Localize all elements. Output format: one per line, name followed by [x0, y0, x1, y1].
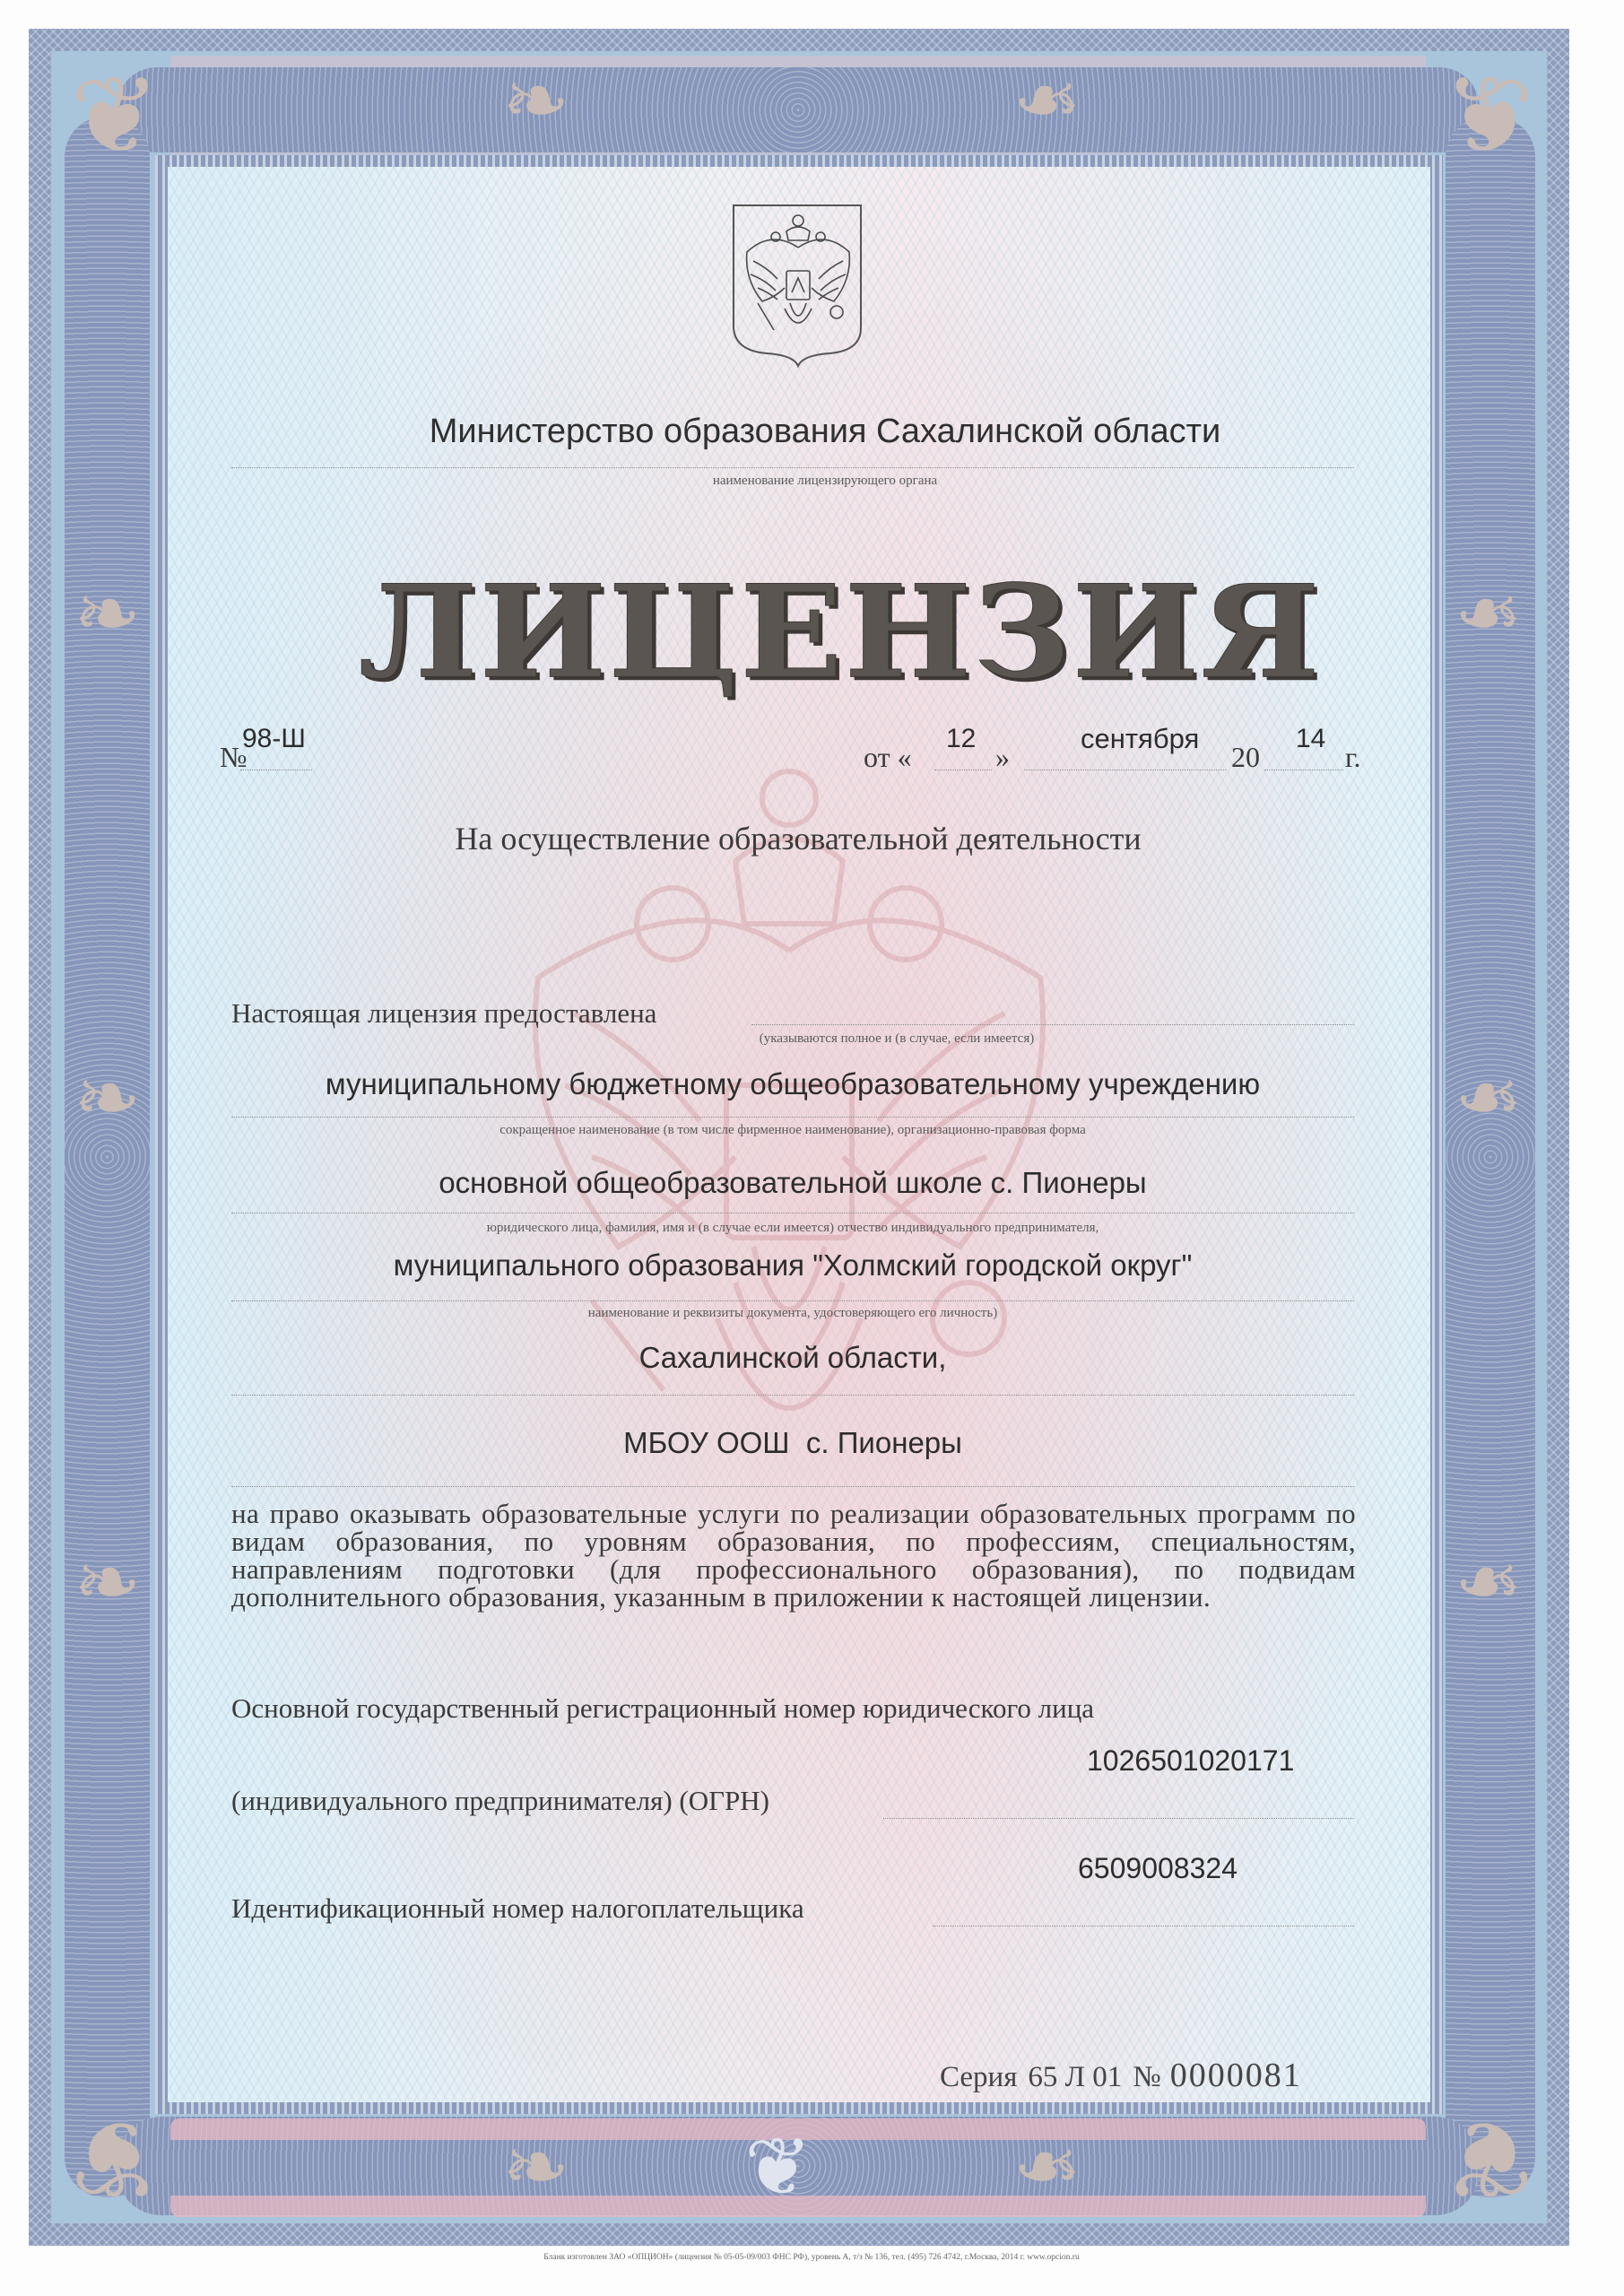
form-series: Серия 65 Л 01 № 0000081	[940, 2056, 1302, 2095]
authority-underline	[231, 467, 1354, 468]
authority-caption: наименование лицензирующего органа	[341, 474, 1309, 489]
inn-label: Идентификационный номер налогоплательщик…	[231, 1892, 804, 1925]
licensee-underline-1	[231, 1117, 1354, 1118]
rights-text: на право оказывать образовательные услуг…	[231, 1500, 1356, 1611]
day-underline	[934, 770, 992, 770]
licensee-line-1: муниципальному бюджетному общеобразовате…	[231, 1067, 1354, 1101]
coat-of-arms-icon	[731, 203, 865, 368]
license-purpose: На осуществление образовательной деятель…	[224, 820, 1372, 857]
ogrn-label-line-1: Основной государственный регистрационный…	[231, 1692, 1094, 1725]
date-day: 12	[946, 724, 976, 754]
scroll-ornament-icon: ❧	[1455, 1058, 1522, 1139]
licensee-underline-4	[231, 1395, 1354, 1396]
scroll-ornament-icon: ❧	[1455, 1543, 1522, 1623]
date-year: 14	[1296, 724, 1325, 754]
date-year-suffix: г.	[1345, 741, 1361, 774]
scroll-ornament-icon: ❧	[74, 1543, 141, 1623]
licensee-underline-5	[231, 1486, 1354, 1487]
licensee-underline-3	[231, 1300, 1354, 1301]
month-underline	[1024, 770, 1226, 770]
intro-underline	[751, 1024, 1354, 1025]
licensee-underline-2	[231, 1213, 1354, 1213]
frame-strip-right	[1446, 117, 1535, 2197]
date-century: 20	[1231, 741, 1260, 774]
scroll-ornament-icon: ❦	[1444, 63, 1534, 170]
scroll-ornament-icon: ❧	[1013, 2127, 1081, 2208]
scroll-ornament-icon: ❧	[1455, 574, 1522, 655]
licensee-line-4: Сахалинской области,	[231, 1341, 1354, 1375]
scroll-ornament-icon: ❦	[70, 63, 161, 170]
scroll-ornament-icon: ❦	[70, 2103, 161, 2211]
number-underline	[240, 770, 312, 770]
ogrn-underline	[883, 1818, 1354, 1819]
frame-strip-top	[117, 67, 1480, 152]
licensee-short-name: МБОУ ООШ с. Пионеры	[231, 1426, 1354, 1460]
scroll-ornament-icon: ❦	[744, 2127, 812, 2208]
series-code: 65 Л 01	[1028, 2061, 1122, 2093]
licensee-caption-2: сокращенное наименование (в том числе фи…	[231, 1123, 1354, 1138]
scroll-ornament-icon: ❧	[1013, 61, 1081, 142]
scroll-ornament-icon: ❧	[502, 2127, 569, 2208]
scroll-ornament-icon: ❦	[1444, 2103, 1534, 2211]
ogrn-value: 1026501020171	[1087, 1744, 1294, 1778]
license-number: 98-Ш	[242, 724, 306, 754]
licensee-line-2: основной общеобразовательной школе с. Пи…	[231, 1166, 1354, 1200]
licensee-caption-1: (указываются полное и (в случае, если им…	[726, 1031, 1067, 1047]
scroll-ornament-icon: ❧	[502, 61, 569, 142]
licensing-authority: Министерство образования Сахалинской обл…	[341, 413, 1309, 451]
licensee-intro: Настоящая лицензия предоставлена	[231, 997, 656, 1030]
printer-imprint: Бланк изготовлен ЗАО «ОПЦИОН» (лицензия …	[408, 2253, 1215, 2262]
date-prefix: от «	[864, 741, 912, 774]
document-title: ЛИЦЕНЗИЯ	[359, 569, 1255, 697]
series-number-sign: №	[1133, 2061, 1161, 2093]
licensee-line-3: муниципального образования "Холмский гор…	[231, 1248, 1354, 1283]
scroll-ornament-icon: ❧	[74, 1058, 141, 1139]
date-day-close: »	[995, 741, 1010, 774]
date-month: сентября	[1081, 723, 1199, 755]
year-underline	[1264, 770, 1343, 770]
ogrn-label-line-2: (индивидуального предпринимателя) (ОГРН)	[231, 1785, 769, 1817]
series-label: Серия	[940, 2061, 1017, 2093]
licensee-caption-4: наименование и реквизиты документа, удос…	[231, 1306, 1354, 1321]
frame-strip-left	[65, 117, 150, 2197]
inn-underline	[933, 1926, 1354, 1926]
scroll-ornament-icon: ❧	[74, 574, 141, 655]
licensee-caption-3: юридического лица, фамилия, имя и (в слу…	[231, 1221, 1354, 1236]
inn-value: 6509008324	[1078, 1852, 1238, 1885]
series-number: 0000081	[1170, 2057, 1302, 2094]
